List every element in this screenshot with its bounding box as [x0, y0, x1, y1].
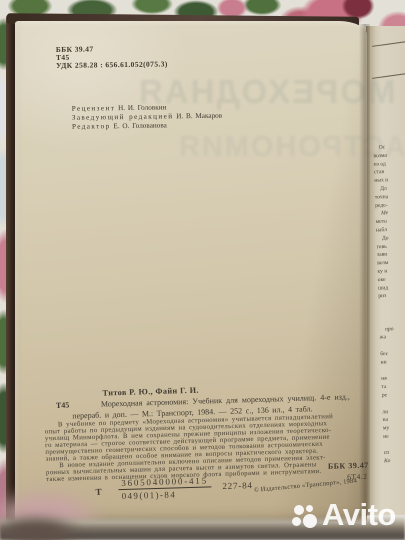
avito-logo-dot-icon	[303, 514, 317, 528]
staff-line-label: Редактор	[72, 122, 111, 131]
facing-page-rule-1	[372, 40, 405, 47]
annotation-paragraphs: В учебнике по предмету «Мореходная астро…	[44, 412, 371, 483]
staff-line-name: Н. И. Головкин	[115, 103, 166, 112]
staff-line-label: Рецензент	[72, 104, 116, 113]
imprint-page: МОРЕХОДНАЯ АСТРОНОМИЯ ББК 39.47 Т45 УДК …	[15, 21, 367, 522]
catalog-entry-code: Т45	[56, 401, 70, 410]
udk-code: УДК 258.28 : 656.61.052(075.3)	[56, 60, 168, 69]
editorial-staff-block: Рецензент Н. И. ГоловкинЗаведующий редак…	[72, 103, 223, 132]
order-denominator: 049(01)-84	[118, 487, 211, 501]
gutter-crease-shadow	[359, 24, 370, 516]
avito-watermark: Avito	[288, 498, 405, 540]
copyright-line: © Издательство «Транспорт», 1984	[253, 477, 357, 494]
avito-logo-dot-icon	[292, 517, 301, 526]
classification-codes: ББК 39.47 Т45 УДК 258.28 : 656.61.052(07…	[56, 44, 168, 69]
show-through-title-line2: АСТРОНОМИЯ	[177, 131, 405, 164]
avito-logo-dot-icon	[294, 505, 304, 515]
order-code: 227-84	[222, 480, 253, 491]
bottom-left-shadow	[0, 514, 83, 540]
staff-line-name: Е. О. Голованова	[111, 121, 167, 130]
avito-logo-dot-icon	[306, 505, 313, 512]
facing-page-text-fragments: Освозмоиз одставных нДлточнареде-Меметон…	[373, 143, 405, 466]
book-photo: Освозмоиз одставных нДлточнареде-Меметон…	[0, 0, 405, 540]
text-fragment-line: Ко	[384, 456, 405, 466]
publication-order-fraction: 3605040000-415 049(01)-84	[118, 475, 211, 501]
staff-line-name: И. В. Макаров	[173, 112, 222, 121]
staff-line-label: Заведующий редакцией	[72, 112, 174, 121]
authors-line: Титов Р. Ю., Файн Г. И.	[102, 386, 199, 398]
avito-watermark-text: Avito	[322, 497, 396, 533]
